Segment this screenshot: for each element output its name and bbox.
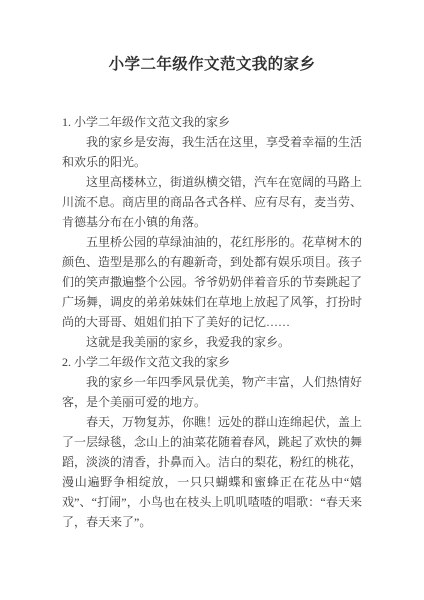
essay-1-heading: 1. 小学二年级作文范文我的家乡 [62,112,362,132]
document-body: 1. 小学二年级作文范文我的家乡 我的家乡是安海，我生活在这里，享受着幸福的生活… [62,112,362,532]
essay-1-paragraph-1: 我的家乡是安海，我生活在这里，享受着幸福的生活和欢乐的阳光。 [62,132,362,172]
document-page: 小学二年级作文范文我的家乡 1. 小学二年级作文范文我的家乡 我的家乡是安海，我… [0,0,424,600]
essay-2-paragraph-2: 春天，万物复苏，你瞧！远处的群山连绵起伏，盖上了一层绿毯，念山上的油菜花随着春风… [62,412,362,532]
essay-2-paragraph-1: 我的家乡一年四季风景优美，物产丰富，人们热情好客，是个美丽可爱的地方。 [62,372,362,412]
essay-2-heading: 2. 小学二年级作文范文我的家乡 [62,352,362,372]
page-title: 小学二年级作文范文我的家乡 [0,52,424,74]
essay-1-paragraph-4: 这就是我美丽的家乡，我爱我的家乡。 [62,332,362,352]
essay-1-paragraph-2: 这里高楼林立，街道纵横交错，汽车在宽阔的马路上川流不息。商店里的商品各式各样、应… [62,172,362,232]
essay-1-paragraph-3: 五里桥公园的草绿油油的，花红彤彤的。花草树木的颜色、造型是那么的有趣新奇，到处都… [62,232,362,332]
